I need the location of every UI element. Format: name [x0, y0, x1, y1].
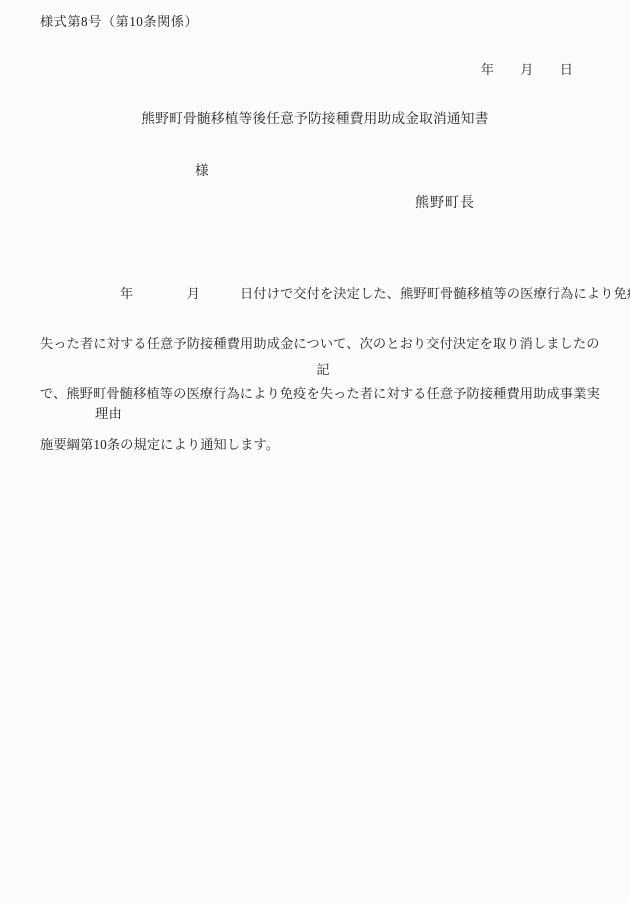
document-title: 熊野町骨髄移植等後任意予防接種費用助成金取消通知書 [0, 107, 630, 127]
issue-date-blank: 年 月 日 [481, 59, 573, 78]
body-line-4: 施要綱第10条の規定により通知します。 [40, 436, 596, 454]
document-page: 様式第8号（第10条関係） 年 月 日 熊野町骨髄移植等後任意予防接種費用助成金… [0, 0, 630, 903]
form-number: 様式第8号（第10条関係） [40, 11, 198, 30]
section-marker-ki: 記 [0, 359, 630, 378]
body-line-2: 失った者に対する任意予防接種費用助成金について、次のとおり交付決定を取り消しまし… [40, 335, 596, 353]
reason-label: 理由 [95, 403, 122, 422]
sender-title: 熊野町長 [415, 192, 475, 212]
body-line-3: で、熊野町骨髄移植等の医療行為により免疫を失った者に対する任意予防接種費用助成事… [40, 385, 596, 403]
body-line-1: 年 月 日付けで交付を決定した、熊野町骨髄移植等の医療行為により免疫を [40, 285, 596, 303]
addressee-honorific: 様 [195, 159, 209, 179]
